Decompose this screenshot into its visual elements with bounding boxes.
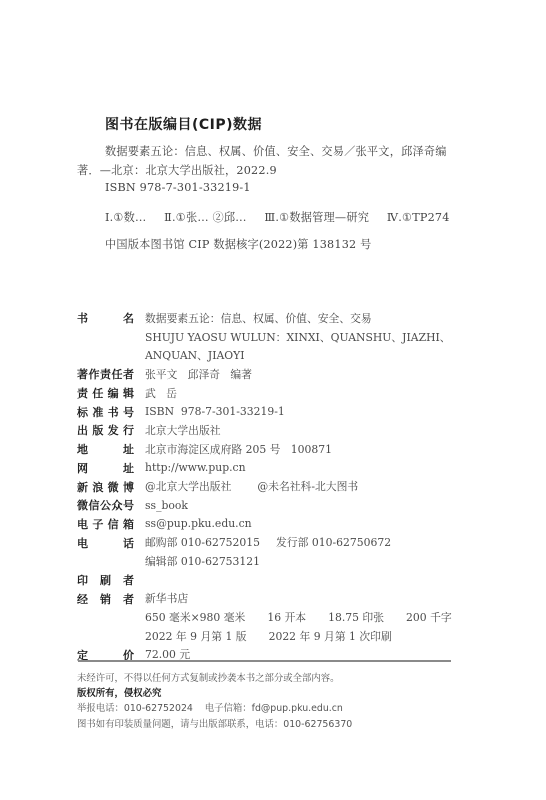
- cip-isbn: ISBN 978-7-301-33219-1: [105, 181, 251, 194]
- label-char: 箱: [123, 516, 134, 532]
- spec-format: 16 开本: [267, 611, 306, 624]
- divider: [78, 660, 451, 662]
- value-website[interactable]: http://www.pup.cn: [145, 461, 246, 474]
- label-char: 作: [89, 366, 100, 382]
- value-publisher: 北京大学出版社: [145, 423, 221, 438]
- label-char: 号: [123, 497, 134, 513]
- cip-title: 图书在版编目(CIP)数据: [105, 114, 262, 134]
- row-author: 著 作 责 任 者 张平文 邱泽奇 编著: [77, 365, 457, 384]
- label-char: 公: [100, 497, 111, 513]
- value-edition: 2022 年 9 月第 1 版2022 年 9 月第 1 次印刷: [145, 629, 392, 644]
- label-printer: 印 刷 者: [77, 572, 134, 588]
- label-char: 准: [92, 404, 103, 420]
- label-isbn: 标 准 书 号: [77, 404, 134, 420]
- row-distributor: 经 销 者 新华书店: [77, 589, 457, 608]
- label-char: 发: [108, 422, 119, 438]
- label-char: 微: [77, 497, 88, 513]
- label-char: 版: [92, 422, 103, 438]
- label-char: 者: [123, 572, 134, 588]
- label-char: 地: [77, 441, 88, 457]
- row-phone: 电 话 邮购部 010-62752015发行部 010-62750672: [77, 533, 457, 552]
- row-address: 地 址 北京市海淀区成府路 205 号 100871: [77, 440, 457, 459]
- value-title: 数据要素五论：信息、权属、价值、安全、交易: [145, 311, 372, 326]
- label-char: 址: [123, 460, 134, 476]
- edition: 2022 年 9 月第 1 版: [145, 630, 247, 643]
- label-char: 辑: [123, 385, 134, 401]
- label-char: 销: [100, 591, 111, 607]
- row-phone-2: 编辑部 010-62753121: [77, 552, 457, 571]
- phone-distribution: 发行部 010-62750672: [276, 536, 391, 549]
- label-title: 书 名: [77, 310, 134, 326]
- label-char: 新: [77, 479, 88, 495]
- value-title-pinyin-1: SHUJU YAOSU WULUN：XINXI、QUANSHU、JIAZHI、: [145, 330, 451, 345]
- label-char: 者: [123, 591, 134, 607]
- label-char: 责: [100, 366, 111, 382]
- label-wechat: 微 信 公 众 号: [77, 497, 134, 513]
- label-char: 任: [112, 366, 123, 382]
- row-publisher: 出 版 发 行 北京大学出版社: [77, 421, 457, 440]
- weibo-account-1: @北京大学出版社: [145, 480, 231, 493]
- label-char: 行: [123, 422, 134, 438]
- value-email[interactable]: ss@pup.pku.edu.cn: [145, 517, 252, 530]
- classification-item: Ⅱ.①张… ②邱…: [164, 209, 246, 225]
- printing: 2022 年 9 月第 1 次印刷: [269, 630, 392, 643]
- label-char: 名: [123, 310, 134, 326]
- value-isbn: ISBN 978-7-301-33219-1: [145, 405, 285, 418]
- row-wechat: 微 信 公 众 号 ss_book: [77, 496, 457, 515]
- label-weibo: 新 浪 微 博: [77, 479, 134, 495]
- cip-classification: Ⅰ.①数… Ⅱ.①张… ②邱… Ⅲ.①数据管理—研究 Ⅳ.①TP274: [105, 209, 450, 225]
- label-char: 话: [123, 535, 134, 551]
- label-editor: 责 任 编 辑: [77, 385, 134, 401]
- classification-item: Ⅰ.①数…: [105, 209, 146, 225]
- label-char: 微: [108, 479, 119, 495]
- label-char: 信: [89, 497, 100, 513]
- label-char: 电: [77, 535, 88, 551]
- cip-record-line-1: 数据要素五论：信息、权属、价值、安全、交易／张平文，邱泽奇编: [105, 143, 447, 159]
- label-email: 电 子 信 箱: [77, 516, 134, 532]
- label-char: 书: [108, 404, 119, 420]
- label-char: 子: [92, 516, 103, 532]
- weibo-account-2: @未名社科-北大图书: [257, 480, 358, 493]
- label-char: 书: [77, 310, 88, 326]
- label-phone: 电 话: [77, 535, 134, 551]
- row-weibo: 新 浪 微 博 @北京大学出版社@未名社科-北大图书: [77, 477, 457, 496]
- row-isbn: 标 准 书 号 ISBN 978-7-301-33219-1: [77, 402, 457, 421]
- label-char: 著: [77, 366, 88, 382]
- label-char: 众: [112, 497, 123, 513]
- classification-item: Ⅳ.①TP274: [387, 211, 450, 224]
- value-phone: 邮购部 010-62752015发行部 010-62750672: [145, 535, 391, 550]
- label-char: 号: [123, 404, 134, 420]
- label-char: 任: [92, 385, 103, 401]
- label-char: 博: [123, 479, 134, 495]
- label-char: 者: [123, 366, 134, 382]
- label-char: 出: [77, 422, 88, 438]
- spec-sheets: 18.75 印张: [328, 611, 384, 624]
- value-wechat: ss_book: [145, 499, 188, 512]
- label-char: 电: [77, 516, 88, 532]
- value-distributor: 新华书店: [145, 591, 188, 606]
- label-char: 网: [77, 460, 88, 476]
- row-edition: 2022 年 9 月第 1 版2022 年 9 月第 1 次印刷: [77, 627, 457, 646]
- cip-number: 中国版本图书馆 CIP 数据核字(2022)第 138132 号: [105, 236, 371, 252]
- value-editor: 武 岳: [145, 386, 177, 401]
- colophon-table: 书 名 数据要素五论：信息、权属、价值、安全、交易 SHUJU YAOSU WU…: [77, 309, 457, 664]
- value-title-pinyin-2: ANQUAN、JIAOYI: [145, 348, 245, 363]
- label-char: 址: [123, 441, 134, 457]
- footer-quality: 图书如有印装质量问题，请与出版部联系，电话：010-62756370: [77, 716, 352, 730]
- label-char: 浪: [92, 479, 103, 495]
- row-title-pinyin-1: SHUJU YAOSU WULUN：XINXI、QUANSHU、JIAZHI、: [77, 328, 457, 347]
- value-author: 张平文 邱泽奇 编著: [145, 367, 252, 382]
- footer-report: 举报电话：010-62752024 电子信箱：fd@pup.pku.edu.cn: [77, 700, 343, 714]
- row-email: 电 子 信 箱 ss@pup.pku.edu.cn: [77, 515, 457, 534]
- value-specs: 650 毫米×980 毫米16 开本18.75 印张200 千字: [145, 610, 452, 625]
- row-printer: 印 刷 者: [77, 571, 457, 590]
- label-author: 著 作 责 任 者: [77, 366, 134, 382]
- label-website: 网 址: [77, 460, 134, 476]
- classification-item: Ⅲ.①数据管理—研究: [264, 209, 369, 225]
- label-char: 信: [108, 516, 119, 532]
- label-char: 刷: [100, 572, 111, 588]
- spec-words: 200 千字: [406, 611, 452, 624]
- label-publisher: 出 版 发 行: [77, 422, 134, 438]
- label-char: 经: [77, 591, 88, 607]
- footer-rights: 版权所有，侵权必究: [77, 685, 161, 699]
- footer-notice: 未经许可，不得以任何方式复制或抄袭本书之部分或全部内容。: [77, 670, 340, 684]
- label-char: 编: [108, 385, 119, 401]
- row-website: 网 址 http://www.pup.cn: [77, 459, 457, 478]
- spec-size: 650 毫米×980 毫米: [145, 611, 245, 624]
- cip-record-line-2: 著．—北京：北京大学出版社，2022.9: [77, 162, 277, 178]
- value-address: 北京市海淀区成府路 205 号 100871: [145, 442, 332, 457]
- row-title: 书 名 数据要素五论：信息、权属、价值、安全、交易: [77, 309, 457, 328]
- row-title-pinyin-2: ANQUAN、JIAOYI: [77, 346, 457, 365]
- value-weibo: @北京大学出版社@未名社科-北大图书: [145, 479, 358, 494]
- phone-mail-order: 邮购部 010-62752015: [145, 536, 260, 549]
- label-distributor: 经 销 者: [77, 591, 134, 607]
- label-char: 印: [77, 572, 88, 588]
- label-address: 地 址: [77, 441, 134, 457]
- row-editor: 责 任 编 辑 武 岳: [77, 384, 457, 403]
- phone-editorial: 编辑部 010-62753121: [145, 554, 260, 569]
- label-char: 责: [77, 385, 88, 401]
- row-specs: 650 毫米×980 毫米16 开本18.75 印张200 千字: [77, 608, 457, 627]
- label-char: 标: [77, 404, 88, 420]
